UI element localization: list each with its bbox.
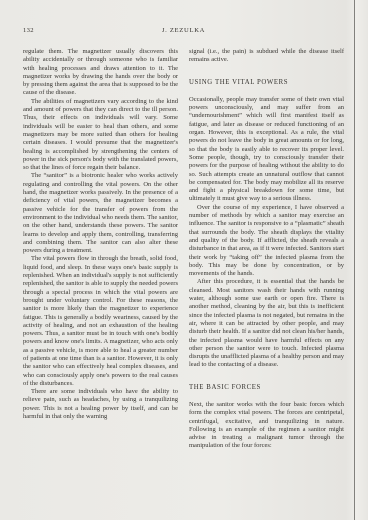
paragraph-continuation: signal (i.e., the pain) is subdued while… bbox=[189, 48, 344, 65]
book-page: 132 J. ZEZULKA regulate them. The magnet… bbox=[0, 0, 368, 520]
text-columns: regulate them. The magnetizer usually di… bbox=[23, 48, 344, 451]
running-header: 132 J. ZEZULKA bbox=[23, 27, 344, 37]
section-heading-using-the-vital-powers: USING THE VITAL POWERS bbox=[189, 79, 344, 87]
right-column: signal (i.e., the pain) is subdued while… bbox=[189, 48, 344, 451]
section-heading-the-basic-forces: THE BASIC FORCES bbox=[189, 384, 344, 392]
left-column: regulate them. The magnetizer usually di… bbox=[23, 48, 178, 451]
paragraph: Occasionally, people may transfer some o… bbox=[189, 96, 344, 204]
paragraph: The abilities of magnetizers vary accord… bbox=[23, 98, 178, 173]
paragraph: After this procedure, it is essential th… bbox=[189, 278, 344, 369]
paragraph: The “sanitor” is a biotronic healer who … bbox=[23, 172, 178, 255]
paragraph: There are some individuals who have the … bbox=[23, 388, 178, 421]
paragraph: Next, the sanitor works with the four ba… bbox=[189, 401, 344, 451]
paragraph: The vital powers flow in through the bre… bbox=[23, 255, 178, 388]
page-edge-highlight bbox=[355, 0, 368, 520]
paragraph: Over the course of my experience, I have… bbox=[189, 204, 344, 279]
page-edge-shadow bbox=[354, 0, 355, 520]
running-head-author: J. ZEZULKA bbox=[23, 27, 344, 35]
paragraph-continuation: regulate them. The magnetizer usually di… bbox=[23, 48, 178, 98]
